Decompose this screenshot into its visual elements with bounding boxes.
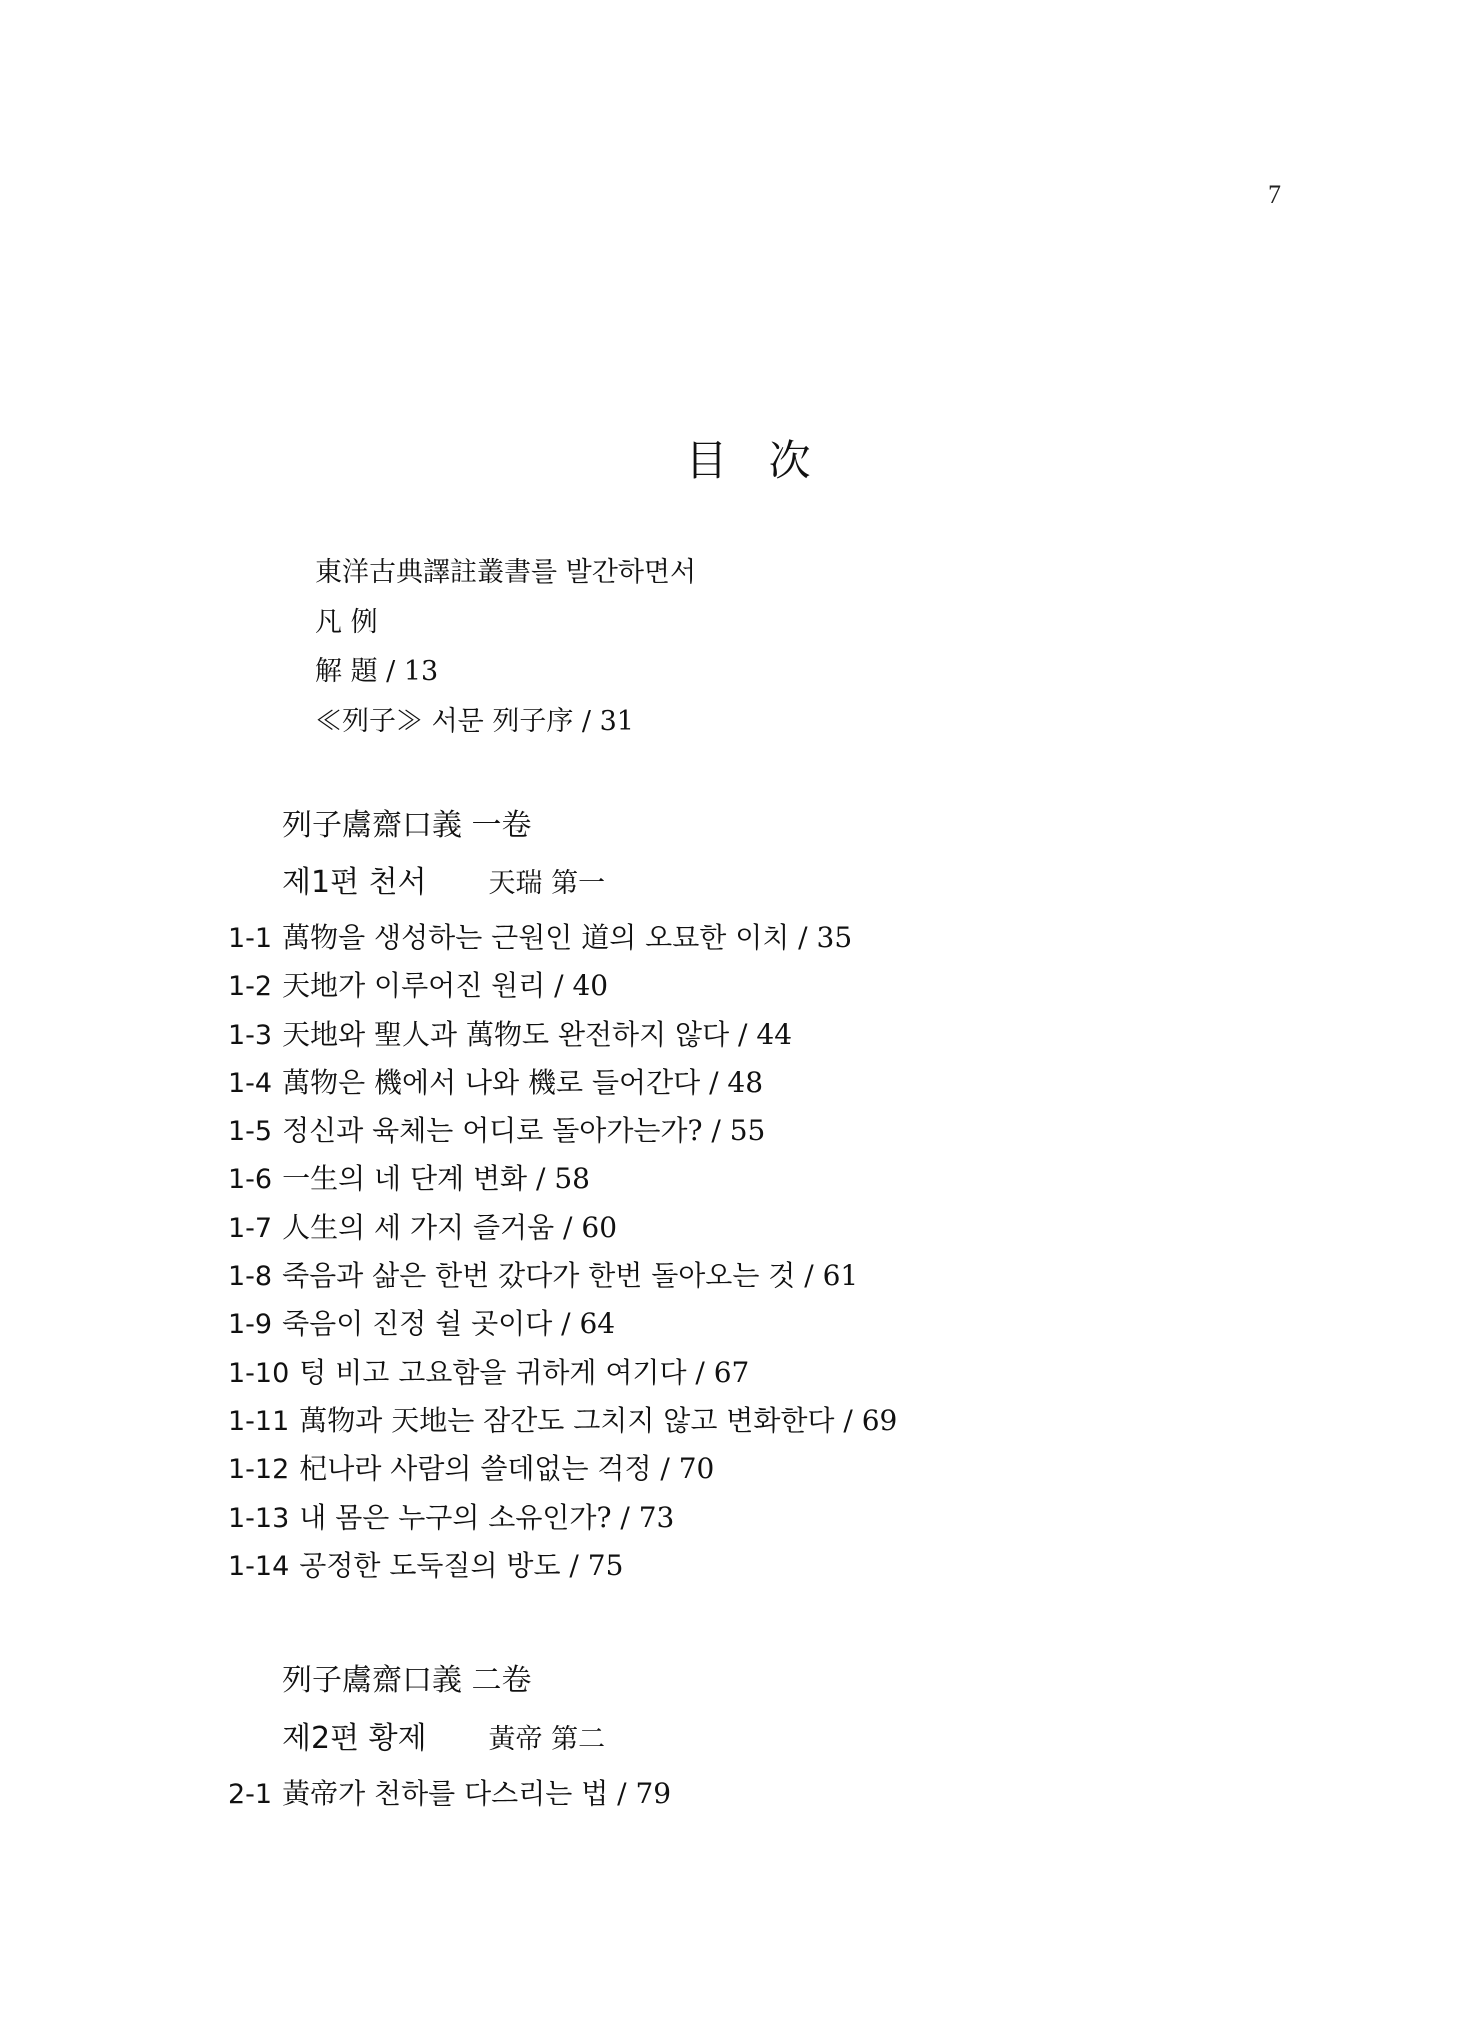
entry-text: 정신과 육체는 어디로 돌아가는가? / 55 [282,1114,765,1147]
chapter-title: 제1편 천서 [282,865,427,900]
entry-number: 2-1 [228,1779,272,1810]
entry-text: 天地가 이루어진 원리 / 40 [282,969,608,1002]
entry-number: 1-10 [228,1358,289,1389]
entry-number: 1-13 [228,1503,289,1534]
entry-number: 1-5 [228,1116,272,1147]
front-matter-item-preface[interactable]: 東洋古典譯註叢書를 발간하면서 [315,548,696,598]
entry-number: 1-11 [228,1406,289,1437]
chapter-heading: 제2편 황제黃帝 第二 [282,1713,605,1757]
entry-text: 萬物을 생성하는 근원인 道의 오묘한 이치 / 35 [282,921,852,954]
toc-entry[interactable]: 1-11萬物과 天地는 잠간도 그치지 않고 변화한다 / 69 [228,1397,897,1445]
entry-text: 天地와 聖人과 萬物도 완전하지 않다 / 44 [282,1018,792,1051]
page-title: 目 次 [0,428,1480,488]
entry-number: 1-1 [228,923,272,954]
entry-text: 一生의 네 단계 변화 / 58 [282,1162,590,1195]
front-matter-item-liezi-preface[interactable]: ≪列子≫ 서문 列子序 / 31 [315,697,696,747]
entry-text: 杞나라 사람의 쓸데없는 걱정 / 70 [299,1452,714,1485]
entry-text: 黃帝가 천하를 다스리는 법 / 79 [282,1777,671,1810]
toc-entry[interactable]: 1-13내 몸은 누구의 소유인가? / 73 [228,1494,897,1542]
chapter-heading: 제1편 천서天瑞 第一 [282,857,605,901]
entry-text: 萬物은 機에서 나와 機로 들어간다 / 48 [282,1066,763,1099]
entry-text: 萬物과 天地는 잠간도 그치지 않고 변화한다 / 69 [299,1404,897,1437]
chapter-title-hanja: 天瑞 第一 [489,868,606,899]
entry-text: 공정한 도둑질의 방도 / 75 [299,1549,623,1582]
entry-number: 1-8 [228,1261,272,1292]
front-matter-list: 東洋古典譯註叢書를 발간하면서 凡 例 解 題 / 13 ≪列子≫ 서문 列子序… [315,548,696,746]
entry-text: 죽음이 진정 쉴 곳이다 / 64 [282,1307,615,1340]
toc-entry[interactable]: 1-3天地와 聖人과 萬物도 완전하지 않다 / 44 [228,1011,897,1059]
toc-entry[interactable]: 1-7人生의 세 가지 즐거움 / 60 [228,1204,897,1252]
volume-title: 列子鬳齋口義 二卷 [282,1655,532,1699]
entry-number: 1-3 [228,1020,272,1051]
toc-entry[interactable]: 1-9죽음이 진정 쉴 곳이다 / 64 [228,1300,897,1348]
entry-text: 죽음과 삶은 한번 갔다가 한번 돌아오는 것 / 61 [282,1259,858,1292]
toc-entry[interactable]: 1-14공정한 도둑질의 방도 / 75 [228,1542,897,1590]
chapter-title: 제2편 황제 [282,1721,427,1756]
front-matter-item-introduction[interactable]: 解 題 / 13 [315,647,696,697]
entry-text: 텅 비고 고요함을 귀하게 여기다 / 67 [299,1356,749,1389]
toc-entry[interactable]: 2-1黃帝가 천하를 다스리는 법 / 79 [228,1770,671,1818]
entry-number: 1-6 [228,1164,272,1195]
entry-number: 1-9 [228,1309,272,1340]
toc-entries-volume-1: 1-1萬物을 생성하는 근원인 道의 오묘한 이치 / 35 1-2天地가 이루… [228,914,897,1590]
entry-number: 1-7 [228,1213,272,1244]
toc-entry[interactable]: 1-2天地가 이루어진 원리 / 40 [228,962,897,1010]
toc-entry[interactable]: 1-8죽음과 삶은 한번 갔다가 한번 돌아오는 것 / 61 [228,1252,897,1300]
toc-entries-volume-2: 2-1黃帝가 천하를 다스리는 법 / 79 [228,1770,671,1818]
chapter-title-hanja: 黃帝 第二 [489,1724,606,1755]
front-matter-item-conventions[interactable]: 凡 例 [315,598,696,648]
toc-entry[interactable]: 1-4萬物은 機에서 나와 機로 들어간다 / 48 [228,1059,897,1107]
entry-number: 1-12 [228,1454,289,1485]
toc-entry[interactable]: 1-5정신과 육체는 어디로 돌아가는가? / 55 [228,1107,897,1155]
entry-number: 1-4 [228,1068,272,1099]
entry-text: 人生의 세 가지 즐거움 / 60 [282,1211,617,1244]
volume-title: 列子鬳齋口義 一卷 [282,800,532,844]
toc-entry[interactable]: 1-12杞나라 사람의 쓸데없는 걱정 / 70 [228,1445,897,1493]
entry-text: 내 몸은 누구의 소유인가? / 73 [299,1501,674,1534]
page-number: 7 [1268,180,1281,210]
toc-entry[interactable]: 1-6一生의 네 단계 변화 / 58 [228,1155,897,1203]
entry-number: 1-2 [228,971,272,1002]
entry-number: 1-14 [228,1551,289,1582]
toc-entry[interactable]: 1-10텅 비고 고요함을 귀하게 여기다 / 67 [228,1349,897,1397]
toc-entry[interactable]: 1-1萬物을 생성하는 근원인 道의 오묘한 이치 / 35 [228,914,897,962]
